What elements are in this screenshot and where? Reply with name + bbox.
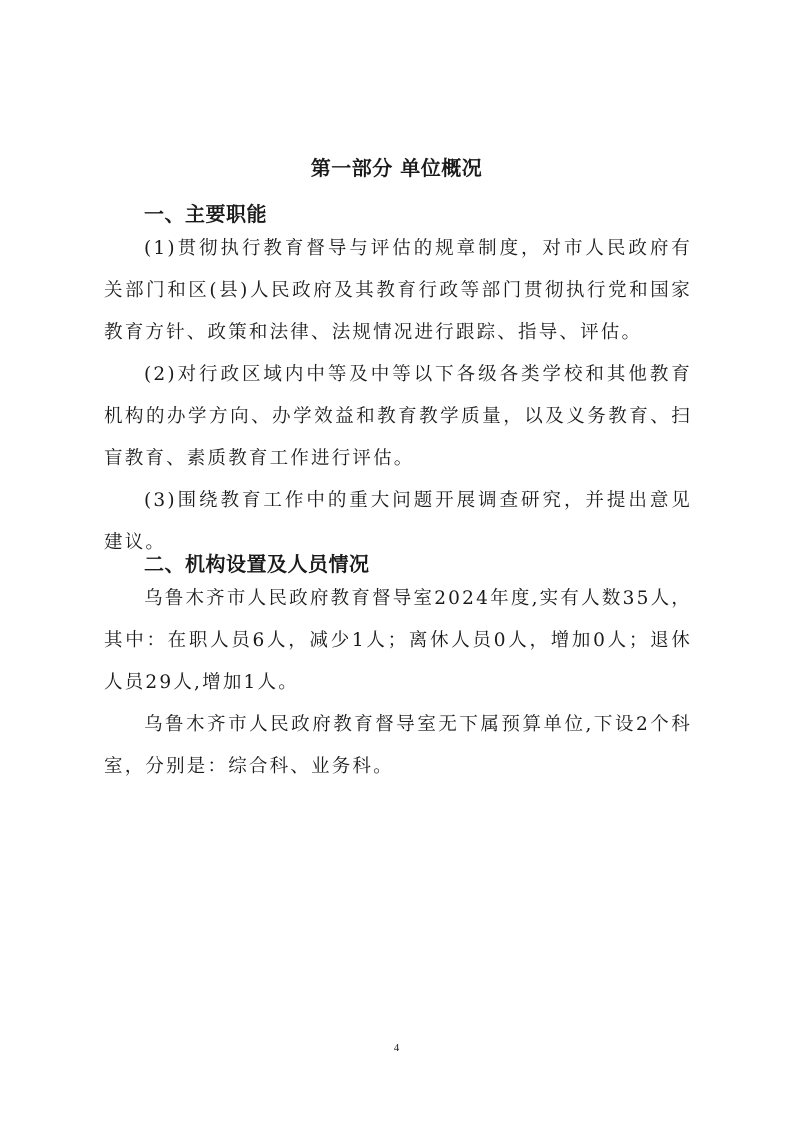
section-heading-organization: 二、机构设置及人员情况: [144, 548, 370, 577]
paragraph-departments: 乌鲁木齐市人民政府教育督导室无下属预算单位,下设2个科室，分别是：综合科、业务科…: [104, 704, 692, 788]
paragraph-staffing: 乌鲁木齐市人民政府教育督导室2024年度,实有人数35人，其中：在职人员6人，减…: [104, 578, 692, 704]
page-title: 第一部分 单位概况: [0, 152, 793, 181]
page-number: 4: [0, 1042, 793, 1054]
section-heading-main-functions: 一、主要职能: [144, 198, 267, 227]
document-page: 第一部分 单位概况 一、主要职能 (1)贯彻执行教育督导与评估的规章制度，对市人…: [0, 0, 793, 1122]
paragraph-function-1: (1)贯彻执行教育督导与评估的规章制度，对市人民政府有关部门和区(县)人民政府及…: [104, 228, 692, 354]
paragraph-function-2: (2)对行政区域内中等及中等以下各级各类学校和其他教育机构的办学方向、办学效益和…: [104, 354, 692, 480]
